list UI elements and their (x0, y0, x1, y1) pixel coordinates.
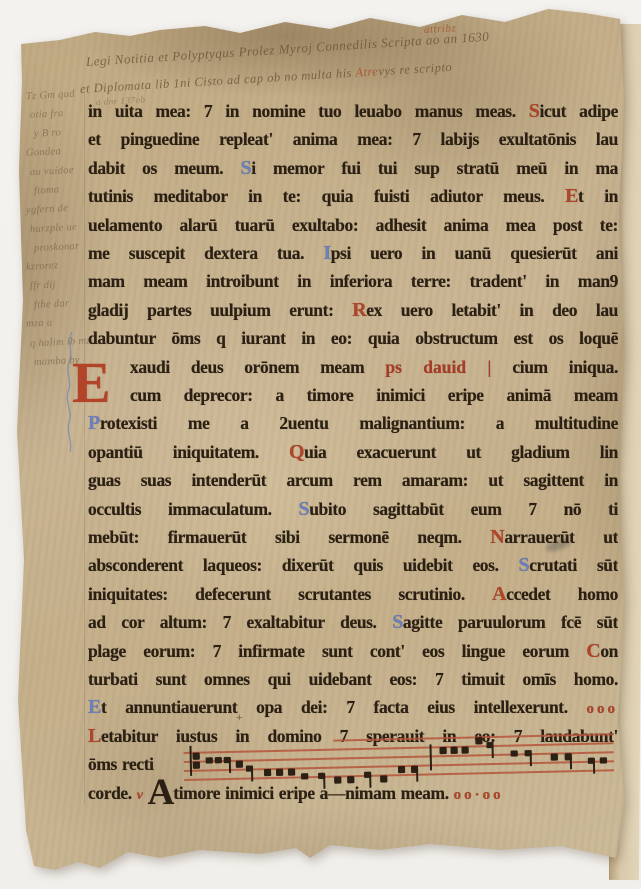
neume-stem (229, 761, 231, 773)
segment-text: i memor fui tui sup stratū meū in ma (251, 158, 618, 178)
neume (475, 738, 482, 745)
text-line: dabit os meum. Si memor fui tui sup stra… (88, 154, 618, 182)
segment-text: on (600, 641, 618, 661)
marginalia-line: Tz Gm qud (26, 89, 75, 103)
segment-text: uia exacuerunt ut gladium lin (304, 442, 618, 462)
segment-text: arrauerūt ut (504, 527, 618, 547)
segment-text: iniquitates: defecerunt scrutantes scrut… (88, 584, 492, 604)
segment-r: L (88, 725, 101, 747)
neume (462, 747, 469, 754)
clef-square (193, 753, 200, 760)
marginalia-line: ffr dij (30, 279, 56, 291)
leaf-shadow: attribz Legi Notitia et Polyptyqus Prole… (0, 0, 641, 889)
neume-stem (570, 758, 572, 770)
segment-text: t annuntiauerunt opa dei: 7 facta eius i… (101, 697, 587, 717)
segment-r: Q (289, 441, 304, 463)
segment-bigA: A (148, 772, 174, 813)
segment-text: xaudi deus orōnem meam (130, 357, 385, 377)
segment-text: tutinis meditabor in te: quia fuisti adi… (88, 186, 565, 206)
segment-text: psi uero in uanū quesierūt ani (331, 243, 618, 263)
segment-text: ccedet homo (506, 584, 618, 604)
segment-text: guas suas intenderūt arcum rem amaram: u… (88, 470, 618, 490)
segment-r: E (565, 185, 578, 207)
psalm-text-block: in uita mea: 7 in nomine tuo leuabo manu… (88, 97, 618, 827)
segment-text: turbati sunt omnes qui uidebant eos: 7 t… (88, 669, 618, 689)
neume (380, 776, 387, 783)
neume (334, 777, 341, 784)
segment-b: S (241, 157, 252, 179)
segment-text: rotexisti me a 2uentu malignantium: a mu… (100, 413, 618, 433)
neume (347, 776, 354, 783)
text-line: Et annuntiauerunt opa dei: 7 facta eius … (88, 693, 618, 721)
neume (264, 769, 271, 776)
segment-text: ex uero letabit' in deo lau (366, 300, 618, 320)
segment-text: corde. (88, 783, 137, 803)
neume (301, 773, 308, 780)
segment-f: ooo (587, 701, 619, 717)
text-line: iniquitates: defecerunt scrutantes scrut… (88, 580, 618, 608)
marginalia-line: hurzple ue (30, 222, 78, 235)
text-line: gladij partes uulpium erunt: Rex uero le… (88, 296, 618, 324)
text-line: dabuntur ōms q iurant in eo: quia obstru… (88, 324, 618, 352)
text-line: plage eorum: 7 infirmate sunt cont' eos … (88, 637, 618, 665)
marginalia-line: fthe dar (34, 298, 70, 311)
neume (206, 757, 213, 764)
marginalia-line: y B ro (34, 127, 62, 139)
text-line: uelamento alarū tuarū exultabo: adhesit … (88, 211, 618, 239)
segment-text: plage eorum: 7 infirmate sunt cont' eos … (88, 641, 586, 661)
marginalia-line: kzrorez (26, 260, 59, 273)
text-line: mebūt: firmauerūt sibi sermonē neqm. Nar… (88, 523, 618, 551)
marginalia-line: proskonar (34, 241, 80, 254)
marginalia-line: otia fra (30, 108, 64, 121)
neume-stem (416, 770, 418, 782)
text-line: ad cor altum: 7 exaltabitur deus. Sagitt… (88, 608, 618, 636)
segment-b: E (88, 696, 101, 718)
neume-stem (251, 769, 253, 781)
marginalia-line: mza u (26, 317, 53, 329)
segment-text: opantiū iniquitatem. (88, 442, 289, 462)
segment-r: N (490, 526, 504, 548)
segment-text: absconderent laqueos: dixerūt quis uideb… (88, 555, 518, 575)
neume (440, 747, 447, 754)
interline-cross-mark: + (236, 710, 243, 725)
neume (451, 747, 458, 754)
neume-stem (492, 746, 494, 758)
text-line: turbati sunt omnes qui uidebant eos: 7 t… (88, 665, 618, 693)
segment-text: gladij partes uulpium erunt: (88, 300, 352, 320)
manuscript-photo: attribz Legi Notitia et Polyptyqus Prole… (0, 0, 641, 889)
text-line: me suscepit dextera tua. Ipsi uero in ua… (88, 239, 618, 267)
segment-text: t in (578, 186, 618, 206)
segment-text: cum deprecor: a timore inimici eripe ani… (130, 385, 618, 405)
segment-text: occultis immaculatum. (88, 499, 298, 519)
marginalia-line: q halim ib mz (30, 335, 91, 349)
segment-r: A (492, 583, 506, 605)
segment-b: S (518, 554, 529, 576)
segment-text: mebūt: firmauerūt sibi sermonē neqm. (88, 527, 490, 547)
text-line: in uita mea: 7 in nomine tuo leuabo manu… (88, 97, 618, 125)
neume (236, 761, 243, 768)
neume (398, 766, 405, 773)
clef-square (193, 762, 200, 769)
segment-text: dabit os meum. (88, 158, 241, 178)
clef-icon (189, 746, 191, 776)
segment-b: P (88, 412, 100, 434)
marginalia-line: Gondea (26, 146, 62, 159)
neume-stem (369, 776, 371, 788)
neume-stem (530, 754, 532, 766)
neume (276, 769, 283, 776)
segment-r: R (352, 299, 366, 321)
neume-stem (323, 777, 325, 789)
segment-vm: v (137, 788, 143, 803)
text-line: guas suas intenderūt arcum rem amaram: u… (88, 466, 618, 494)
segment-b: I (323, 242, 330, 264)
neume-stem (593, 761, 595, 773)
marginalia-line: ftoma (34, 184, 60, 196)
neume (288, 769, 295, 776)
segment-b: S (298, 498, 309, 520)
segment-b: S (392, 611, 403, 633)
segment-R: ps dauid | (385, 357, 491, 377)
segment-r: C (586, 640, 600, 662)
segment-text: agitte paruulorum fcē sūt (403, 612, 618, 632)
segment-text: mam meam introibunt in inferiora terre: … (88, 271, 618, 291)
text-line: cum deprecor: a timore inimici eripe ani… (130, 381, 618, 409)
neume (600, 757, 607, 764)
text-line: mam meam introibunt in inferiora terre: … (88, 267, 618, 295)
parchment-leaf: attribz Legi Notitia et Polyptyqus Prole… (0, 0, 641, 889)
music-staff (183, 732, 614, 798)
text-line: et pinguedine repleat' anima mea: 7 labi… (88, 125, 618, 153)
segment-text: uelamento alarū tuarū exultabo: adhesit … (88, 215, 618, 235)
segment-text: et Diplomata lib 1ni Cisto ad cap ob no … (80, 66, 356, 96)
segment-text: dabuntur ōms q iurant in eo: quia obstru… (88, 328, 618, 348)
penwork-filigree-icon (64, 330, 78, 456)
neume (511, 750, 518, 757)
segment-text: me suscepit dextera tua. (88, 243, 323, 263)
ruling-line (84, 92, 85, 804)
text-line: tutinis meditabor in te: quia fuisti adi… (88, 182, 618, 210)
text-line: occultis immaculatum. Subito sagittabūt … (88, 495, 618, 523)
segment-text: et pinguedine repleat' anima mea: 7 labi… (88, 129, 618, 149)
divider-bar (429, 744, 431, 770)
segment-text: vys re scripto (378, 60, 453, 78)
segment-text: ubito sagittabūt eum 7 nō ti (309, 499, 618, 519)
segment-text: ad cor altum: 7 exaltabitur deus. (88, 612, 392, 632)
segment-r2: Atre (355, 64, 379, 79)
segment-text: in uita mea: 7 in nomine tuo leuabo manu… (88, 101, 529, 121)
text-line: Protexisti me a 2uentu malignantium: a m… (88, 409, 618, 437)
segment-text: cium iniqua. (491, 357, 618, 377)
text-line: absconderent laqueos: dixerūt quis uideb… (88, 551, 618, 579)
segment-r: S (529, 100, 540, 122)
neume (551, 754, 558, 761)
segment-text: ōms recti (88, 754, 154, 774)
neume (215, 757, 222, 764)
marginalia-line: au vuidoe (30, 165, 74, 178)
text-line: xaudi deus orōnem meam ps dauid | cium i… (130, 353, 618, 381)
marginalia-line: ygfern de (26, 203, 69, 216)
segment-text: icut adipe (539, 101, 618, 121)
text-line: opantiū iniquitatem. Quia exacuerunt ut … (88, 438, 618, 466)
segment-text: crutati sūt (529, 555, 618, 575)
